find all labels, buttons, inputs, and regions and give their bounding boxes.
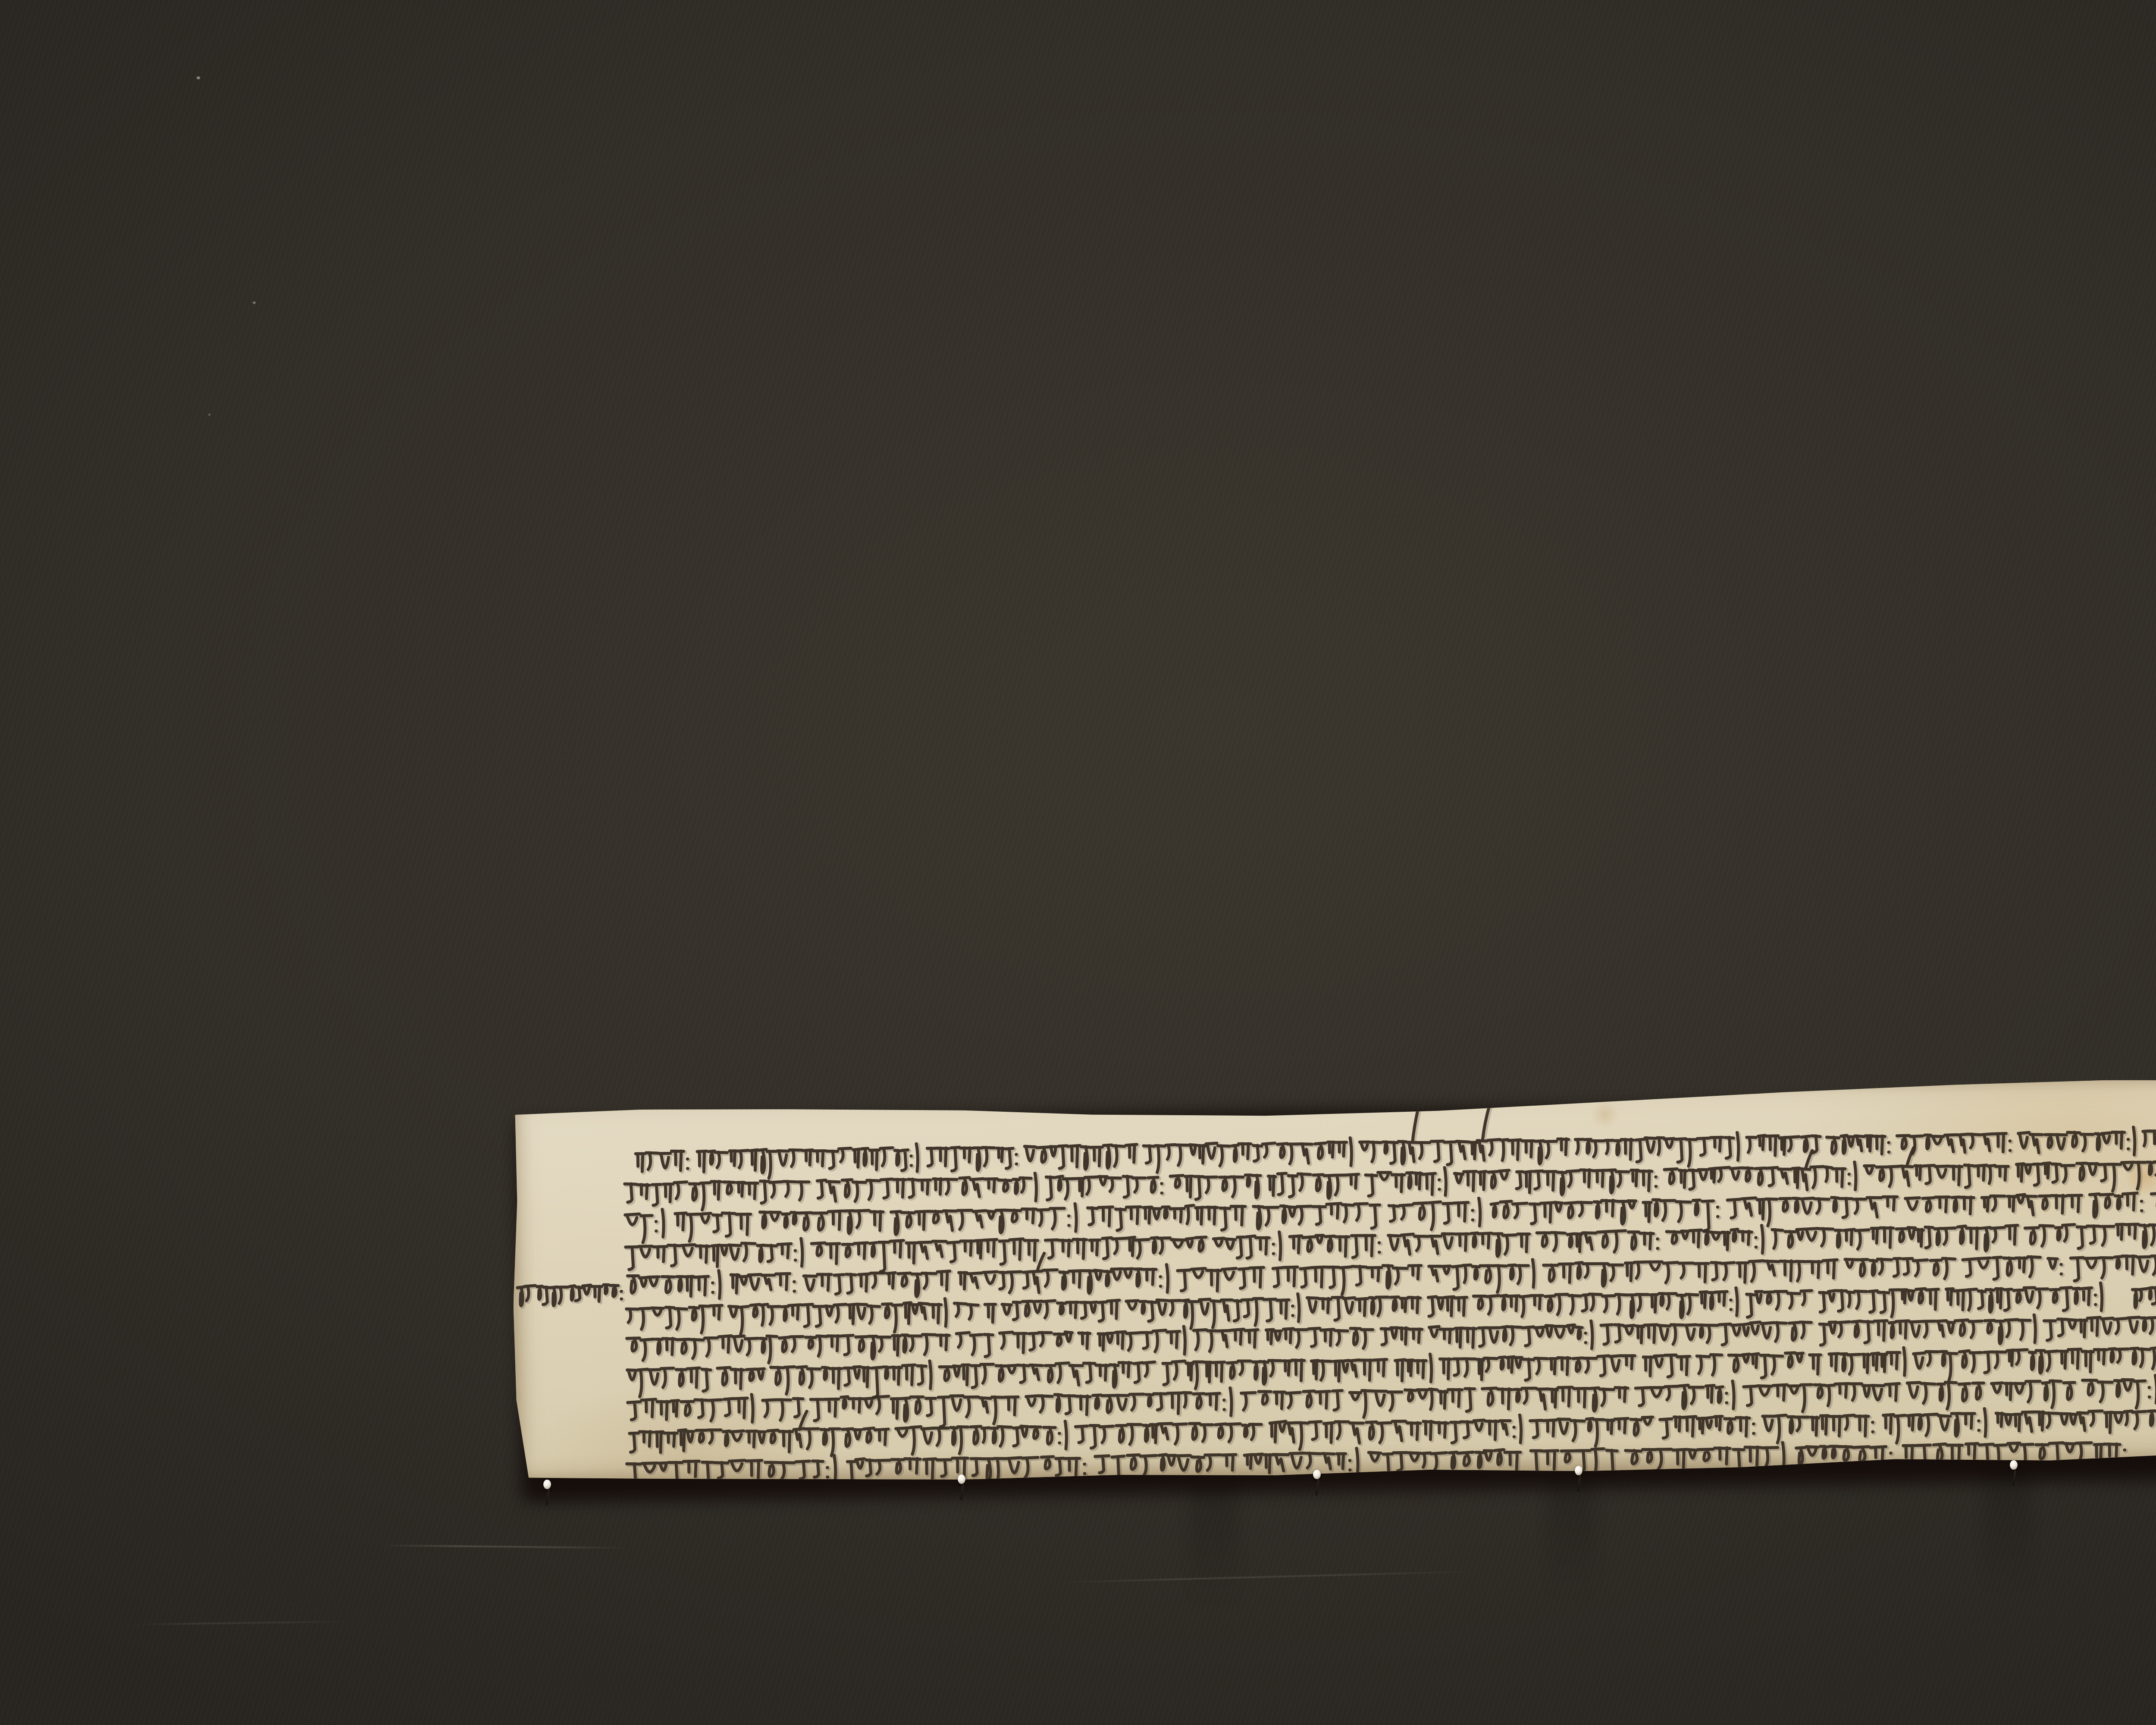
mounting-pin [542,1480,553,1508]
pin-head [543,1480,551,1489]
mounting-pin [956,1474,968,1503]
pin-stem [545,1487,550,1505]
manuscript-leaf: শ্রীশ্রীভারতঃ শ্রীশ্রীঃ স্কাঃ সর্বেবশুক্… [511,1075,2156,1487]
pin-stem [2012,1467,2016,1486]
scratch-mark [129,1621,354,1625]
mounting-pin [2009,1460,2020,1489]
handwritten-text-svg [511,1075,2156,1487]
mounting-pin [1573,1466,1585,1494]
scratch-mark [379,1545,630,1549]
pin-head [958,1474,965,1484]
pin-stem [960,1481,964,1500]
mounting-pin [1312,1470,1323,1498]
smudge-streak [1548,1471,1595,1600]
dust-speck [208,414,210,416]
smudge-streak [1190,1477,1238,1606]
pin-head [2010,1460,2018,1470]
pin-head [1313,1470,1321,1479]
pin-head [1575,1466,1583,1475]
pin-stem [1315,1477,1319,1496]
photo-mat-board: শ্রীশ্রীভারতঃ শ্রীশ্রীঃ স্কাঃ সর্বেবশুক্… [0,0,2156,1725]
dust-speck [197,76,200,79]
scratch-mark [1056,1571,1479,1583]
smudge-streak [1984,1464,2031,1593]
dust-speck [253,301,256,304]
pin-stem [1577,1473,1581,1492]
